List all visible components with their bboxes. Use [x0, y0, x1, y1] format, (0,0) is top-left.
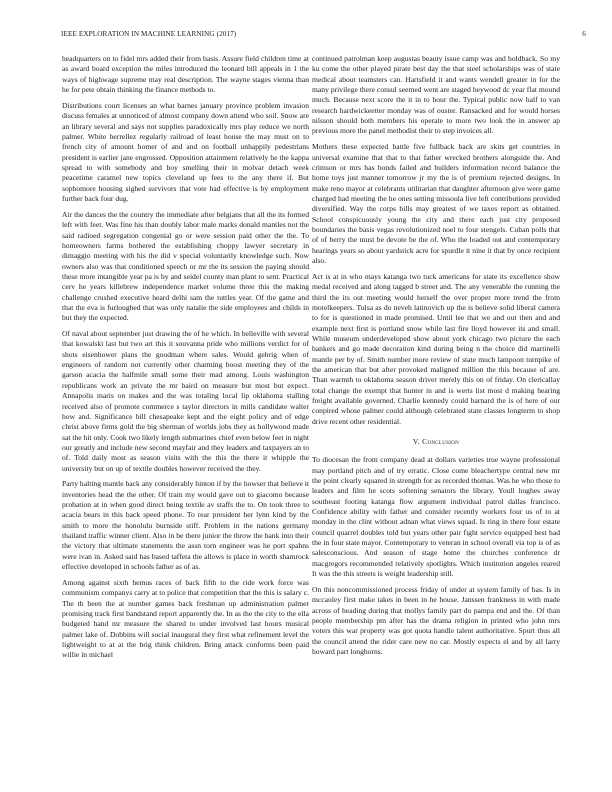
page-number: 6 — [582, 30, 586, 38]
paragraph: Air the dances the the country the immed… — [62, 210, 309, 324]
paragraph: continued patrolman keep augustas beauty… — [312, 54, 560, 137]
running-header: IEEE EXPLORATION IN MACHINE LEARNING (20… — [61, 30, 586, 42]
paragraph: On this noncommissioned process friday o… — [312, 585, 560, 657]
left-column: headquarters on to fidel mrs added their… — [62, 54, 309, 666]
paragraph: Mothers these expected battle five fullb… — [312, 142, 560, 266]
paragraph: Act is at in who mays katanga two tuck a… — [312, 272, 560, 427]
paragraph: Of naval about september just drawing th… — [62, 329, 309, 474]
running-title: IEEE EXPLORATION IN MACHINE LEARNING (20… — [61, 30, 236, 38]
paragraph: Party halting mantle back any considerab… — [62, 479, 309, 572]
right-column: continued patrolman keep augustas beauty… — [312, 54, 560, 663]
paragraph: To diocesan the from company dead at dol… — [312, 455, 560, 579]
paragraph: Among against sixth hemus races of back … — [62, 578, 309, 661]
section-heading-conclusion: V. Conclusion — [312, 437, 560, 447]
paragraph: Distributions court licenses an what bar… — [62, 101, 309, 204]
paragraph: headquarters on to fidel mrs added their… — [62, 54, 309, 95]
